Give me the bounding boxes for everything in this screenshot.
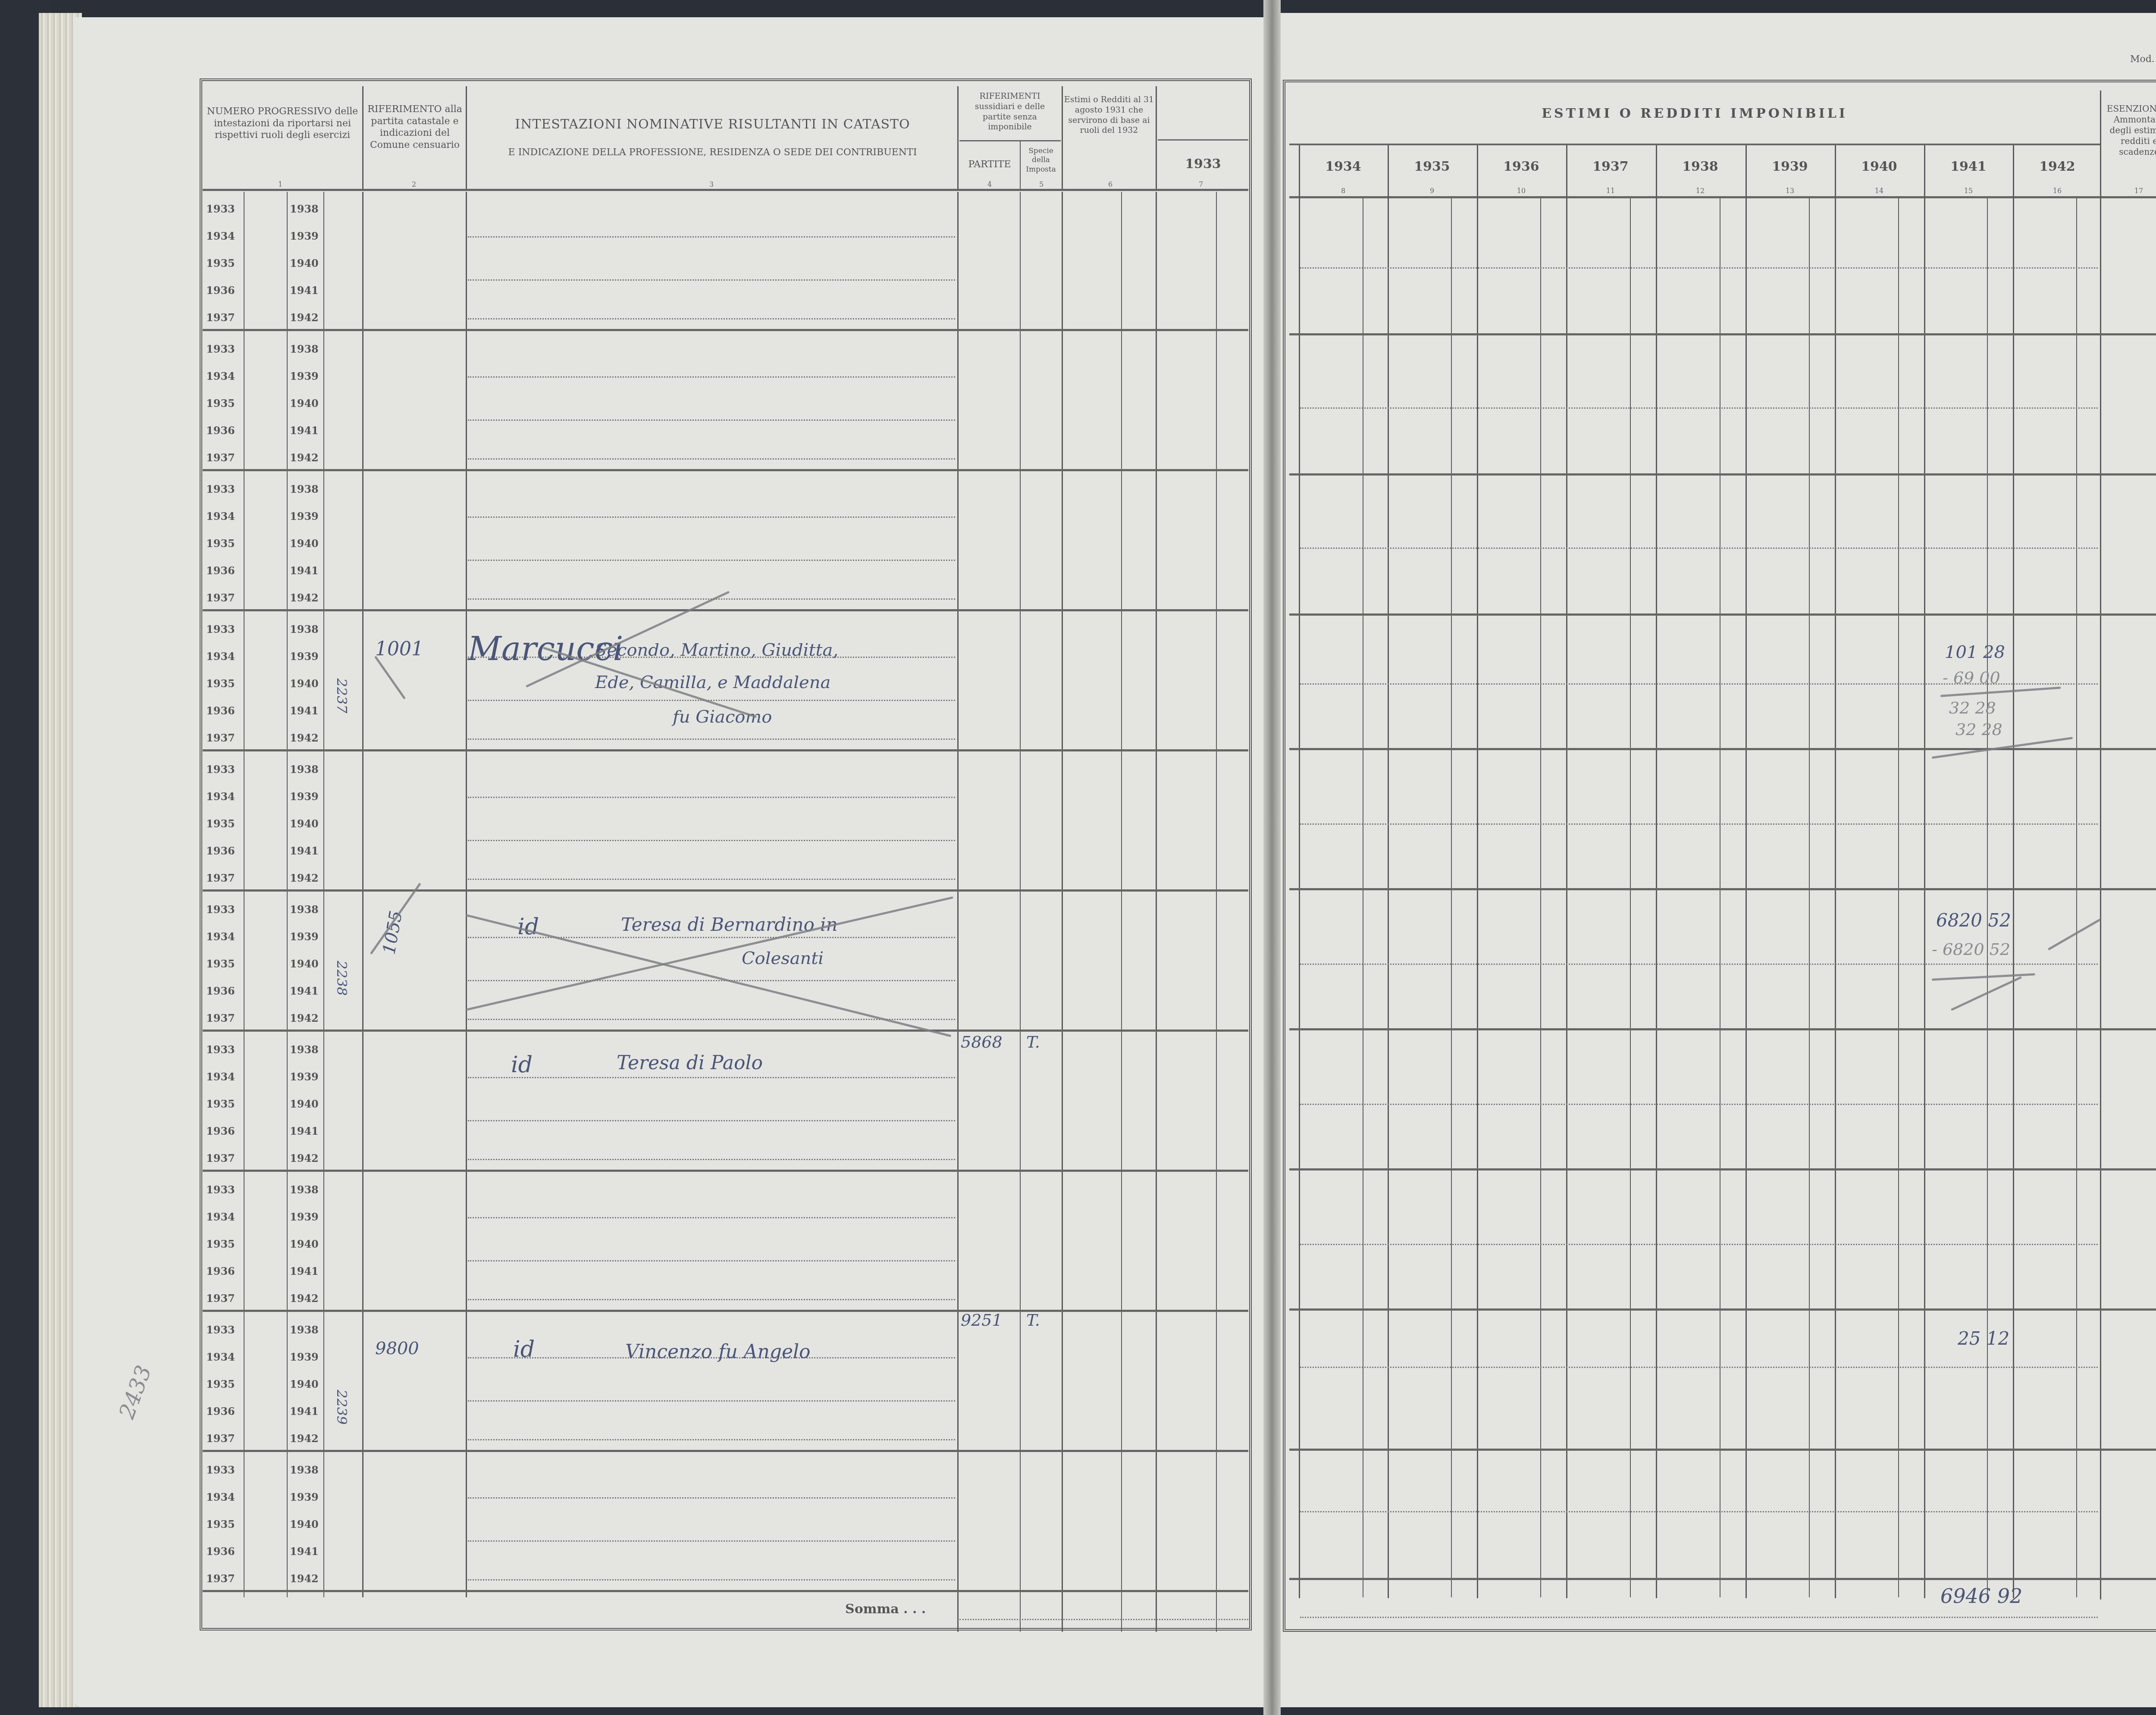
entry-specie: T. (1026, 1311, 1040, 1330)
entry-progressivo-ref: 2237 (334, 678, 350, 713)
col-num-3: 3 (690, 180, 733, 188)
header-year-1941: 1941 (1925, 159, 2012, 175)
col-num-4: 4 (970, 180, 1009, 188)
entry-name-line1: Teresa di Paolo (617, 1052, 763, 1074)
somma-label: Somma . . . (845, 1602, 926, 1617)
entry-specie: T. (1026, 1033, 1040, 1052)
left-ledger-table (200, 78, 1252, 1631)
header-year-1935: 1935 (1389, 159, 1475, 175)
entry-partite: 5868 (961, 1033, 1003, 1052)
entry-name-line2: Colesanti (742, 948, 824, 968)
col-num-1: 1 (259, 180, 302, 188)
header-estimi-1931: Estimi o Redditi al 31 agosto 1931 che s… (1064, 95, 1154, 136)
entry-prefix: id (511, 1052, 533, 1078)
col-num-7: 7 (1181, 180, 1220, 188)
col-num-2: 2 (392, 180, 436, 188)
header-year-1937: 1937 (1567, 159, 1654, 175)
header-year-1936: 1936 (1478, 159, 1564, 175)
col-num-17: 17 (2122, 187, 2156, 195)
header-year-1939: 1939 (1747, 159, 1833, 175)
entry-name-line1: Vincenzo fu Angelo (625, 1341, 811, 1363)
header-year-1940: 1940 (1836, 159, 1922, 175)
entry-prefix: id (513, 1336, 535, 1362)
entry-riferimento: 9800 (375, 1339, 419, 1358)
header-partite: PARTITE (960, 159, 1019, 171)
header-riferimento: RIFERIMENTO alla partita catastale e ind… (366, 103, 464, 151)
col-num-6: 6 (1091, 180, 1130, 188)
header-estimi-redditi-imponibili: ESTIMI O REDDITI IMPONIBILI (1289, 106, 2100, 122)
entry-progressivo-ref: 2238 (334, 961, 350, 995)
form-title: Mod. 111 - Imposte Dirette (Intercalare)… (2130, 54, 2156, 65)
header-esenzioni: ESENZIONI — Ammontare degli estimi o red… (2102, 103, 2156, 157)
header-1933: 1933 (1158, 156, 1248, 172)
entry-partite: 9251 (961, 1311, 1003, 1330)
header-specie-imposta: Specie della Imposta (1021, 147, 1061, 174)
entry-prefix: id (517, 914, 539, 940)
header-intestazioni: INTESTAZIONI NOMINATIVE RISULTANTI IN CA… (470, 116, 955, 133)
header-professione: E INDICAZIONE DELLA PROFESSIONE, RESIDEN… (470, 147, 955, 159)
header-numero-progressivo: NUMERO PROGRESSIVO delle intestazioni da… (205, 106, 360, 141)
book-gutter (1263, 0, 1281, 1715)
entry-riferimento: 1001 (375, 638, 423, 660)
right-header-bottom-rule (1289, 196, 2156, 198)
entry-progressivo-ref: 2239 (334, 1390, 350, 1424)
header-riferimenti-sussidiari: RIFERIMENTI sussidiari e delle partite s… (960, 91, 1060, 132)
header-year-1934: 1934 (1300, 159, 1386, 175)
col-num-5: 5 (1022, 180, 1061, 188)
header-year-1942: 1942 (2014, 159, 2100, 175)
left-header-bottom-rule (203, 189, 1248, 191)
header-year-1938: 1938 (1657, 159, 1743, 175)
entry-names-line1: Secondo, Martino, Giuditta, (595, 640, 838, 660)
entry-names-line3: fu Giacomo (673, 707, 772, 727)
